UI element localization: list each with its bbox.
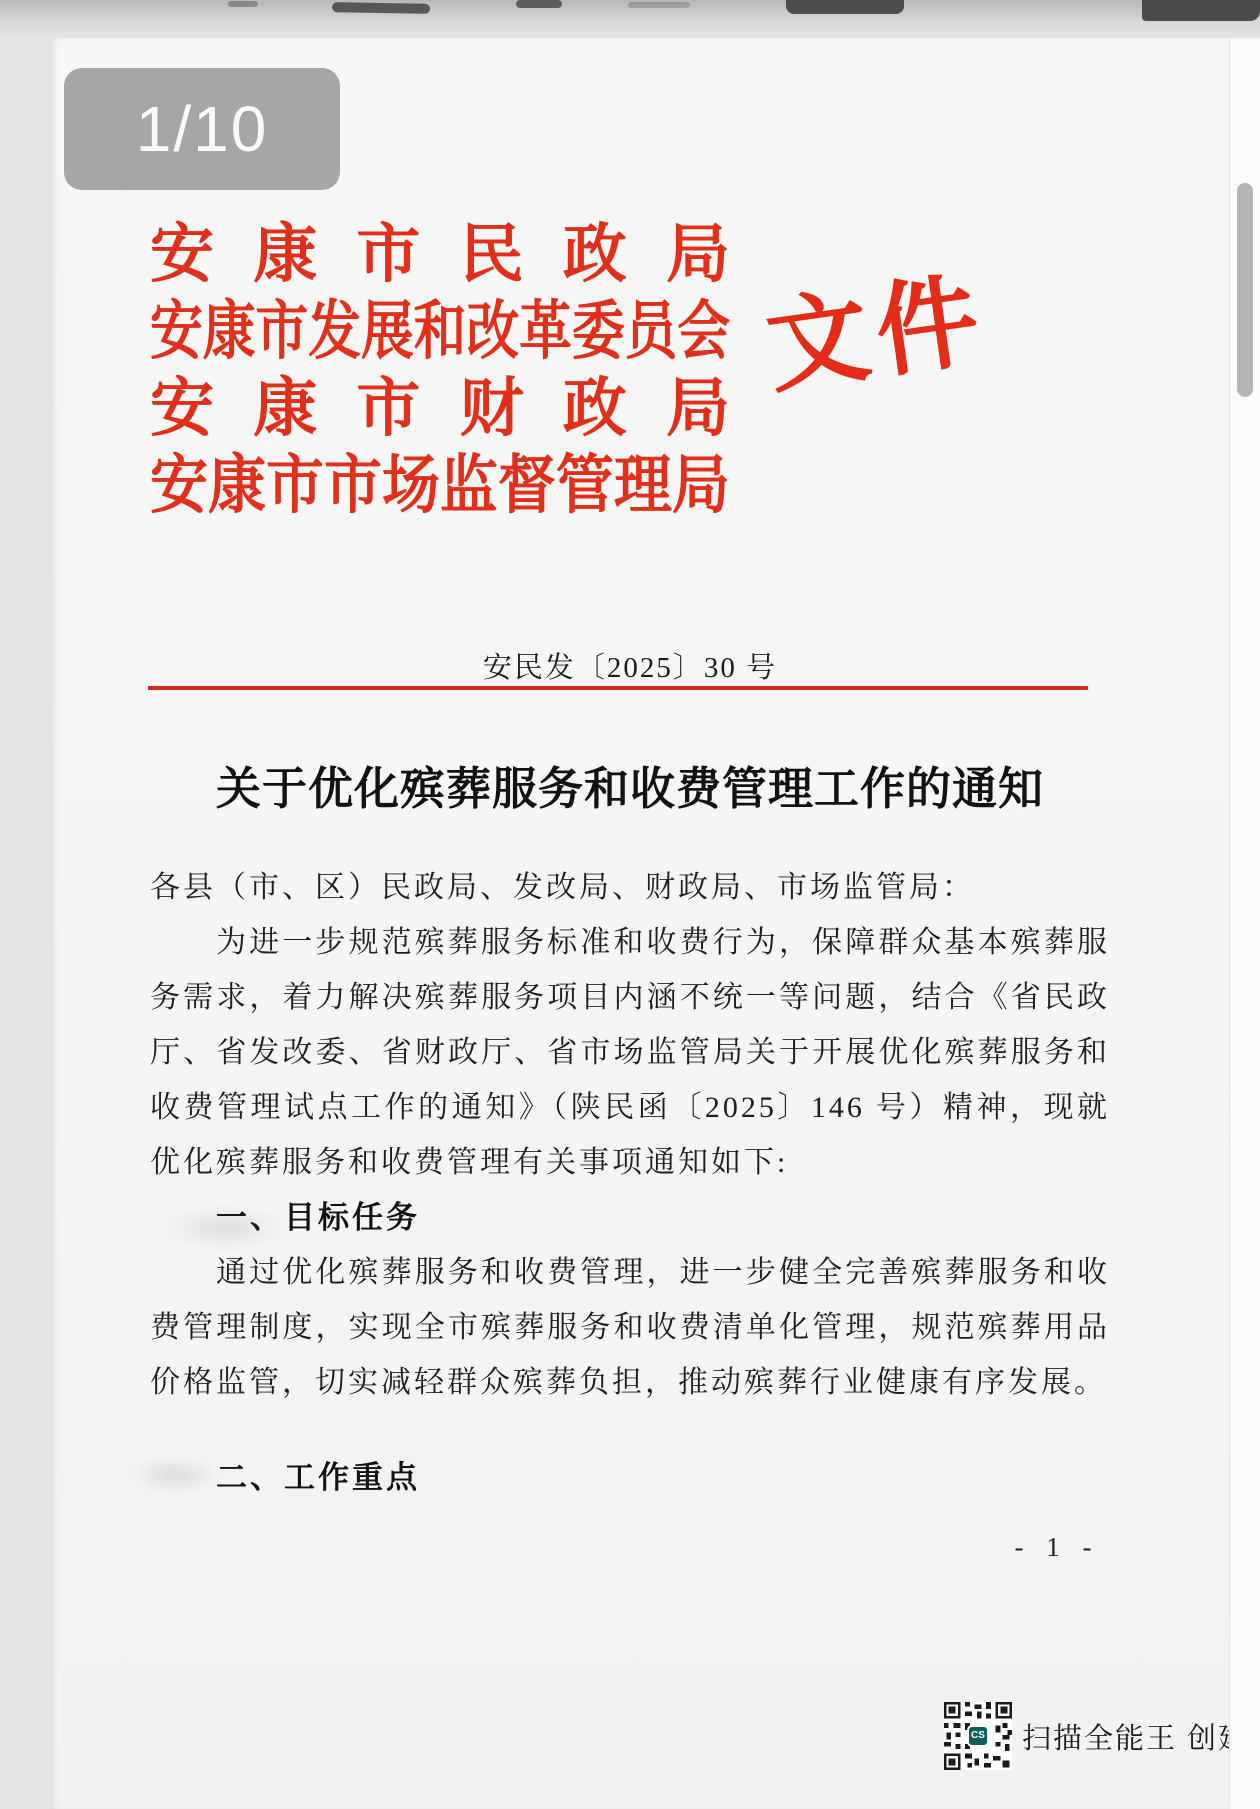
scan-artifact [1142, 0, 1260, 21]
scan-torn-edge [0, 0, 1260, 38]
agency-name-4: 安康市市场监督管理局 [150, 447, 675, 524]
doc-number: 安民发〔2025〕30 号 [150, 645, 1110, 686]
scan-artifact [516, 0, 562, 8]
scrollbar-thumb[interactable] [1237, 183, 1253, 397]
salutation: 各县（市、区）民政局、发改局、财政局、市场监管局： [150, 860, 1110, 915]
page-left-shadow [0, 38, 50, 1809]
document-body: 各县（市、区）民政局、发改局、财政局、市场监管局： 为进一步规范殡葬服务标准和收… [150, 860, 1110, 1505]
watermark-caption: 扫描全能王 创建 [1022, 1716, 1249, 1757]
letterhead: 安康市民政局 安康市发展和改革委员会 安康市财政局 安康市市场监督管理局 [150, 216, 730, 524]
paragraph: 通过优化殡葬服务和收费管理，进一步健全完善殡葬服务和收费管理制度，实现全市殡葬服… [150, 1245, 1110, 1410]
agency-name-1: 安康市民政局 [150, 216, 730, 293]
section-heading-1: 一、目标任务 [150, 1190, 1110, 1245]
section-heading-2: 二、工作重点 [150, 1450, 1110, 1505]
scan-blotch [130, 1455, 220, 1495]
page-indicator-badge: 1/10 [64, 68, 340, 190]
scan-artifact [628, 2, 690, 8]
scan-blotch [165, 1205, 285, 1251]
qr-code-icon: CS [944, 1702, 1012, 1770]
agency-name-3: 安康市财政局 [150, 370, 730, 447]
document-viewer-screen: 1/10 安康市民政局 安康市发展和改革委员会 安康市财政局 安康市市场监督管理… [0, 0, 1260, 1809]
page-number: - 1 - [1012, 1532, 1102, 1563]
scan-artifact [332, 2, 430, 14]
document-title: 关于优化殡葬服务和收费管理工作的通知 [120, 752, 1140, 817]
letterhead-divider [148, 686, 1088, 690]
camscanner-logo-icon: CS [967, 1725, 989, 1747]
scan-artifact [228, 1, 258, 7]
scan-artifact [786, 0, 904, 14]
paragraph: 为进一步规范殡葬服务标准和收费行为，保障群众基本殡葬服务需求，着力解决殡葬服务项… [150, 915, 1110, 1190]
agency-name-2: 安康市发展和改革委员会 [150, 293, 628, 370]
